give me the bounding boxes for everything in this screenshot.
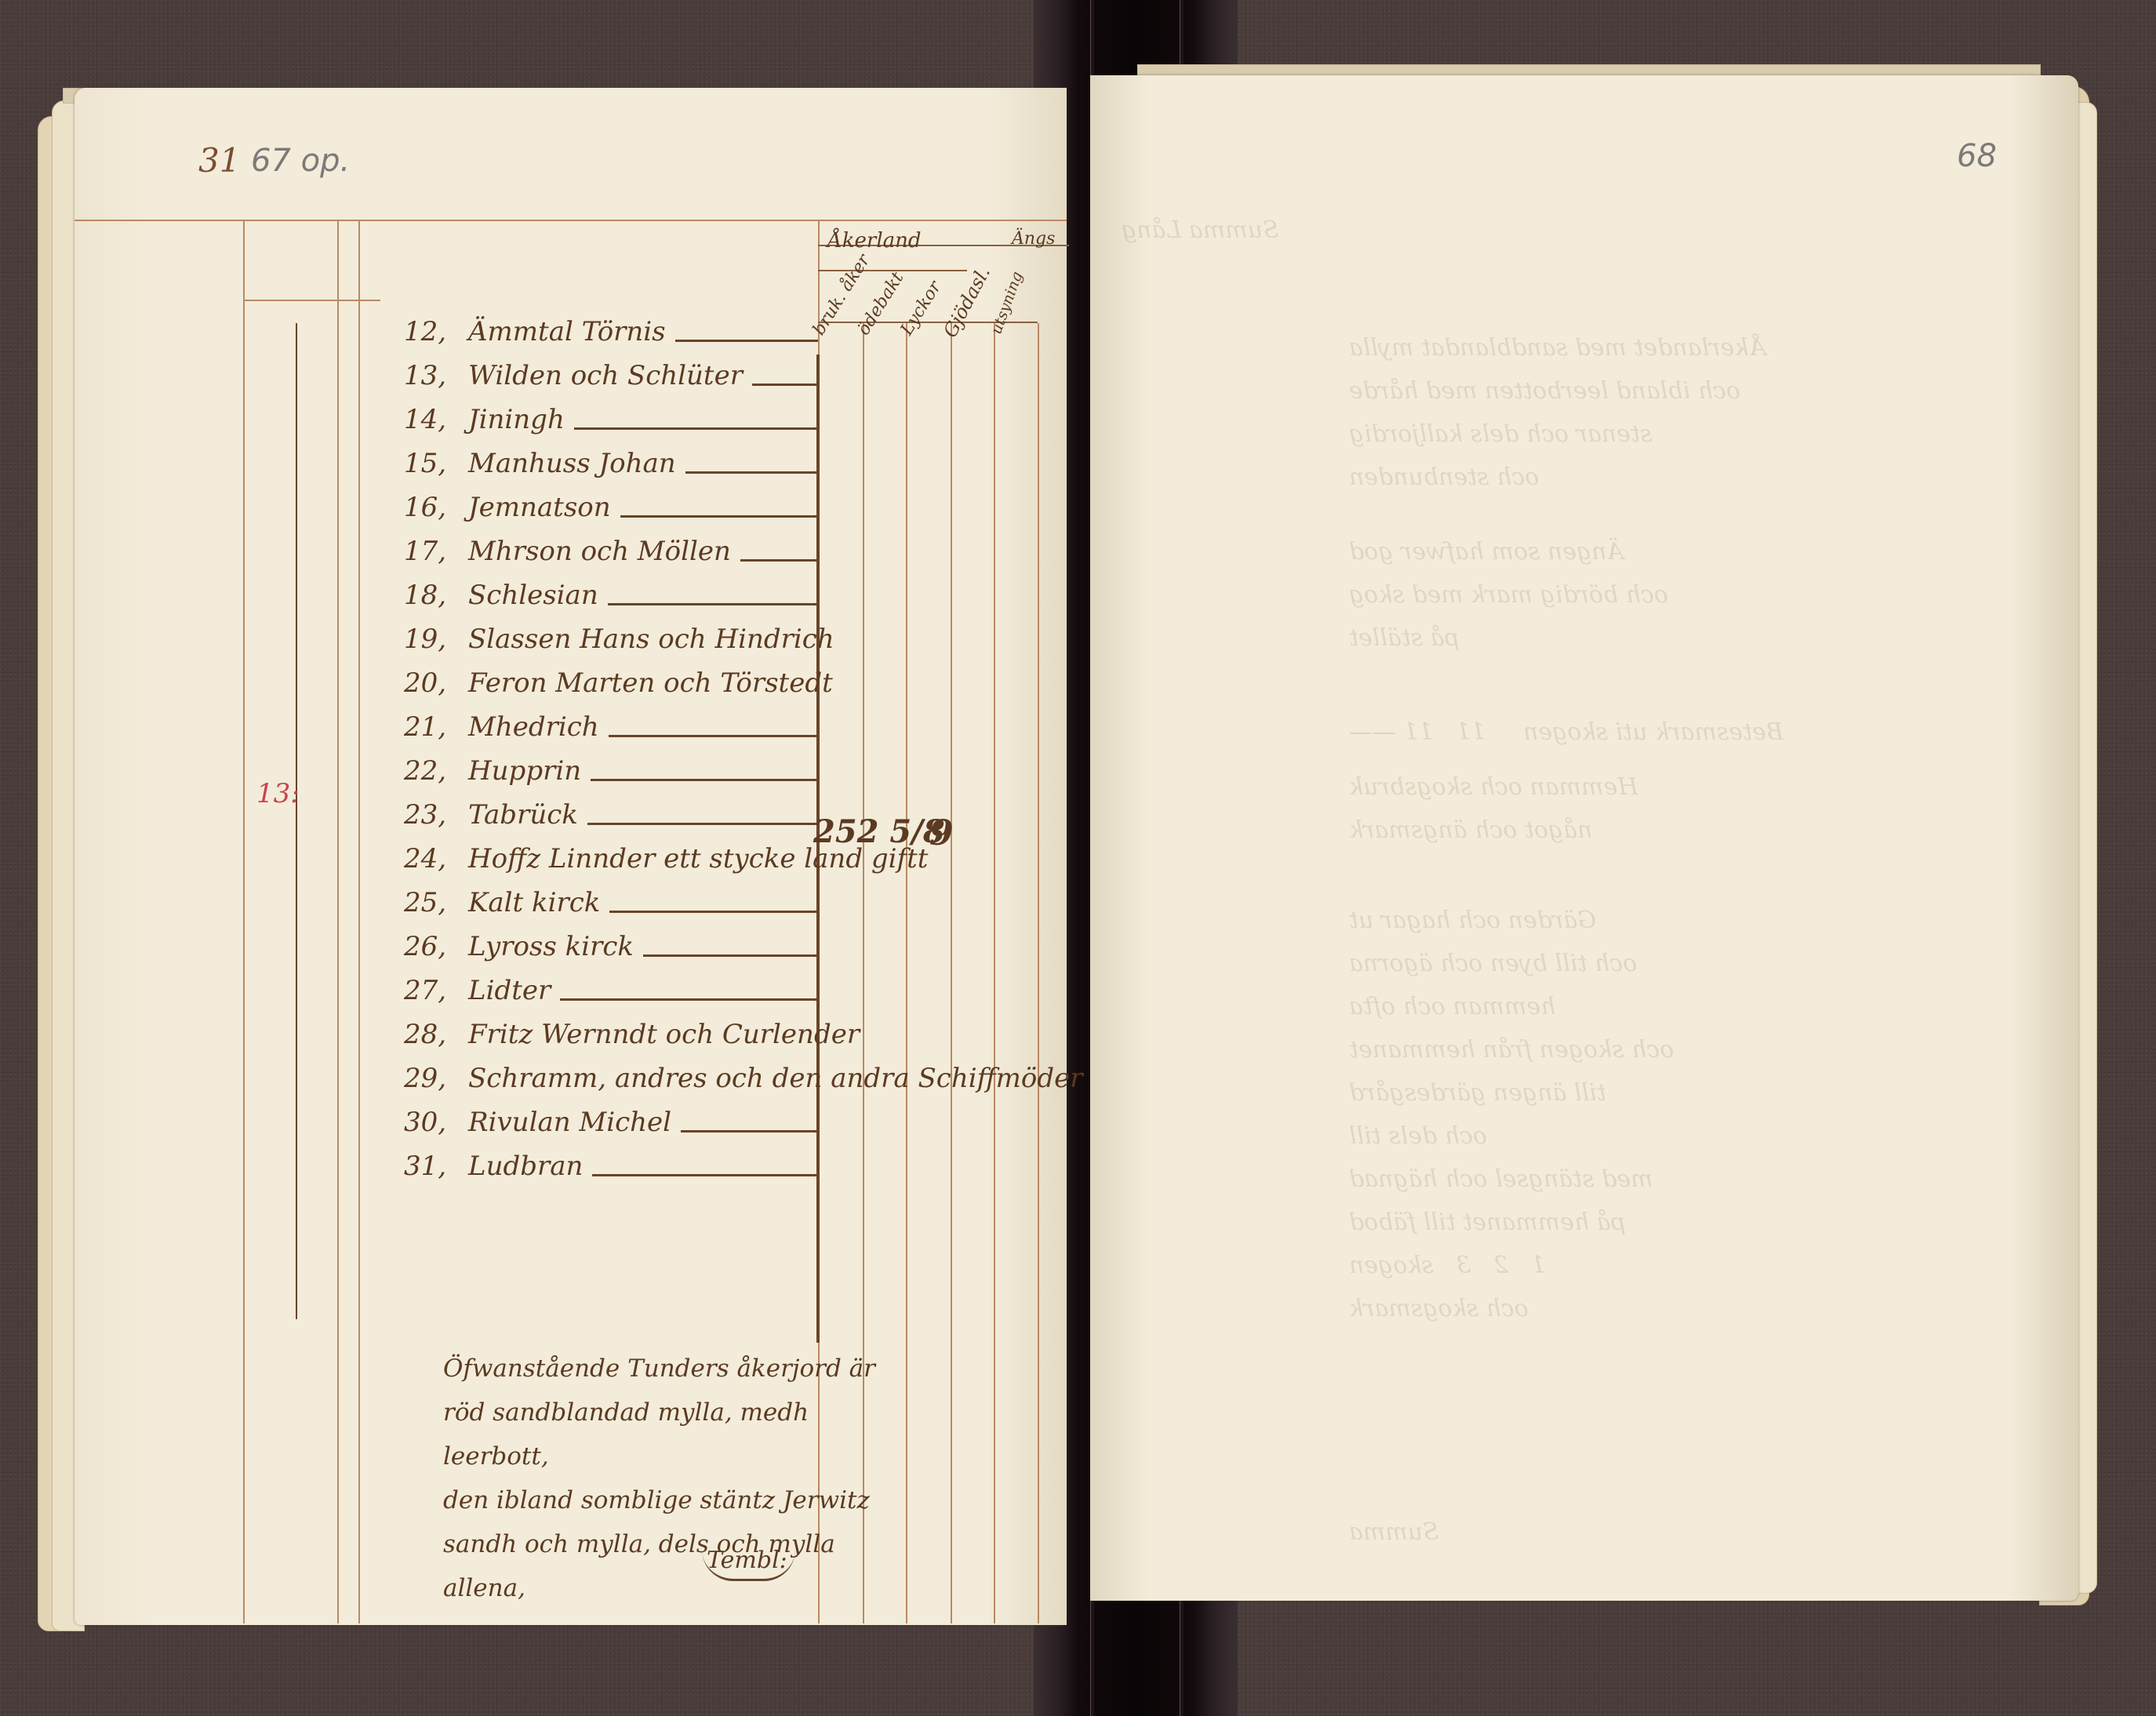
soil-note-line: sandh och mylla, dels och mylla allena, <box>443 1522 882 1610</box>
table-row: 31,Ludbran <box>404 1138 583 1182</box>
entry-name: Feron Marten och Törstedt <box>468 667 833 699</box>
entry-name: Hupprin <box>468 755 581 787</box>
table-row: 21,Mhedrich <box>404 699 599 743</box>
bleed-through-text: på hemmanet till fäbod <box>1349 1209 1626 1236</box>
bleed-through-text: Hemman och skogsbruk <box>1349 773 1638 801</box>
entry-name: Jiningh <box>468 404 565 435</box>
filler-line <box>609 911 818 913</box>
bleed-through-text: och till byen och ägorna <box>1349 950 1637 977</box>
entry-number: 31, <box>404 1151 453 1182</box>
header-lyckor: Lyckor <box>897 278 946 339</box>
table-row: 29,Schramm, andres och den andra Schiffm… <box>404 1050 1083 1094</box>
bleed-through-text: något och ängsmark <box>1349 816 1592 844</box>
entry-number: 12, <box>404 316 453 347</box>
margin-mark-red: 13: <box>256 778 300 809</box>
bleed-through-text: Betesmark uti skogen 11 11 —— <box>1349 718 1783 746</box>
table-row: 15,Manhuss Johan <box>404 435 676 479</box>
soil-note-line: den ibland somblige stäntz Jerwitz <box>443 1478 882 1522</box>
entry-name: Mhrson och Möllen <box>468 536 731 567</box>
table-row: 17,Mhrson och Möllen <box>404 523 731 567</box>
entry-name: Schramm, andres och den andra Schiffmöde… <box>468 1063 1083 1094</box>
table-row: 27,Lidter <box>404 962 551 1006</box>
bleed-through-text: och ibland leerbotten med hårde <box>1349 377 1740 405</box>
filler-line <box>574 427 818 430</box>
entry-name: Lidter <box>468 975 551 1006</box>
column-rule <box>951 323 952 1623</box>
bleed-through-text: hemman och ofta <box>1349 993 1556 1020</box>
filler-line <box>740 559 818 562</box>
bleed-through-text: och dels till <box>1349 1122 1487 1150</box>
header-akerland: Åkerland <box>827 229 922 253</box>
entry-name: Slassen Hans och Hindrich <box>468 624 834 655</box>
entry-number: 17, <box>404 536 453 567</box>
entry-number: 14, <box>404 404 453 435</box>
table-row: 25,Kalt kirck <box>404 874 600 918</box>
entry-number: 23, <box>404 799 453 831</box>
table-row: 16,Jemnatson <box>404 479 611 523</box>
entry-bracket <box>296 323 297 1319</box>
entry-name: Mhedrich <box>468 711 599 743</box>
bleed-through-text: och bördig mark med skog <box>1349 581 1668 609</box>
filler-line <box>587 823 818 825</box>
bleed-through-text: Ängen som hafwer god <box>1349 538 1623 565</box>
entry-number: 30, <box>404 1107 453 1138</box>
entry-number: 15, <box>404 448 453 479</box>
entry-name: Manhuss Johan <box>468 448 676 479</box>
entry-number: 25, <box>404 887 453 918</box>
corner-note-pencil: 67 op. <box>251 143 350 179</box>
table-row: 19,Slassen Hans och Hindrich <box>404 611 834 655</box>
entry-name: Lyross kirck <box>468 931 634 962</box>
table-row: 23,Tabrück <box>404 787 578 831</box>
bleed-through-text: och stenbunden <box>1349 464 1539 491</box>
table-row: 18,Schlesian <box>404 567 598 611</box>
filler-line <box>591 779 818 781</box>
left-page: 31 67 op. Åkerland Ängs bruk. åker ödeba… <box>75 88 1067 1625</box>
entry-name: Schlesian <box>468 580 598 611</box>
column-rule <box>994 323 995 1623</box>
header-utsyning: utsyning <box>987 269 1026 336</box>
filler-line <box>608 603 818 605</box>
entry-number: 20, <box>404 667 453 699</box>
entry-number: 16, <box>404 492 453 523</box>
table-row: 22,Hupprin <box>404 743 581 787</box>
entry-name: Ämmtal Törnis <box>468 316 666 347</box>
bleed-through-text: och skogen från hemmanet <box>1349 1036 1674 1063</box>
filler-line <box>609 735 818 737</box>
soil-note-line: Öfwanstående Tunders åkerjord är <box>443 1347 882 1391</box>
table-row: 28,Fritz Wernndt och Curlender <box>404 1006 860 1050</box>
entry-name: Tabrück <box>468 799 578 831</box>
table-row: 26,Lyross kirck <box>404 918 634 962</box>
margin-rule <box>337 220 339 1623</box>
soil-note-line: röd sandblandad mylla, medh leerbott, <box>443 1391 882 1478</box>
bleed-through-text: och skogsmark <box>1349 1295 1529 1322</box>
bleed-through-text: till ängen gärdesgård <box>1349 1079 1606 1107</box>
table-row: 14,Jiningh <box>404 391 565 435</box>
bleed-through-text: 1 2 3 skogen <box>1349 1252 1546 1279</box>
column-rule <box>1038 323 1039 1623</box>
filler-line <box>675 340 818 342</box>
header-gjodasl: Gjödasl. <box>939 263 994 341</box>
corner-note-ink: 31 <box>198 141 240 180</box>
filler-line <box>752 384 818 386</box>
page-number: 68 <box>1957 138 1997 174</box>
entry-number: 13, <box>404 360 453 391</box>
entry-number: 21, <box>404 711 453 743</box>
entry-number: 28, <box>404 1019 453 1050</box>
margin-rule <box>358 220 360 1623</box>
filler-line <box>681 1130 818 1132</box>
bleed-through-text: Åkerlandet med sandblandat mylla <box>1349 334 1765 362</box>
signature: Tembl: <box>702 1547 795 1581</box>
entry-name: Wilden och Schlüter <box>468 360 743 391</box>
filler-line <box>685 471 818 474</box>
filler-line <box>560 998 818 1001</box>
table-row: 20,Feron Marten och Törstedt <box>404 655 833 699</box>
entry-number: 26, <box>404 931 453 962</box>
margin-rule <box>243 220 245 1623</box>
table-row: 30,Rivulan Michel <box>404 1094 671 1138</box>
right-page: 68 Summa Lång Åkerlandet med sandblandat… <box>1090 75 2078 1601</box>
table-row: 12,Ämmtal Törnis <box>404 304 666 347</box>
total-akerland-bruk: 252 5/8 <box>813 813 945 850</box>
entry-number: 27, <box>404 975 453 1006</box>
top-ruling <box>75 220 1067 221</box>
bleed-through-text: Gärden och hagar ut <box>1349 907 1596 934</box>
entry-number: 22, <box>404 755 453 787</box>
filler-line <box>620 515 818 518</box>
soil-note: Öfwanstående Tunders åkerjord är röd san… <box>443 1347 882 1610</box>
entry-name: Ludbran <box>468 1151 583 1182</box>
bleed-through-text: Summa <box>1349 1518 1439 1546</box>
entry-number: 19, <box>404 624 453 655</box>
total-odebakt: 9 <box>929 813 954 853</box>
entry-number: 29, <box>404 1063 453 1094</box>
table-row: 13,Wilden och Schlüter <box>404 347 743 391</box>
column-rule <box>906 323 907 1623</box>
filler-line <box>643 954 818 957</box>
entry-number: 18, <box>404 580 453 611</box>
entry-name: Rivulan Michel <box>468 1107 671 1138</box>
bleed-through-text: stenar och dels kalljordig <box>1349 420 1652 448</box>
bleed-through-text: Summa Lång <box>1122 216 1279 244</box>
bleed-through-text: med stängsel och hägnad <box>1349 1165 1653 1193</box>
bleed-through-text: på stället <box>1349 624 1460 652</box>
entry-name: Jemnatson <box>468 492 611 523</box>
filler-line <box>592 1174 818 1176</box>
entry-name: Fritz Wernndt och Curlender <box>468 1019 860 1050</box>
entry-number: 24, <box>404 843 453 874</box>
header-angs: Ängs <box>1012 229 1055 249</box>
entry-name: Kalt kirck <box>468 887 600 918</box>
